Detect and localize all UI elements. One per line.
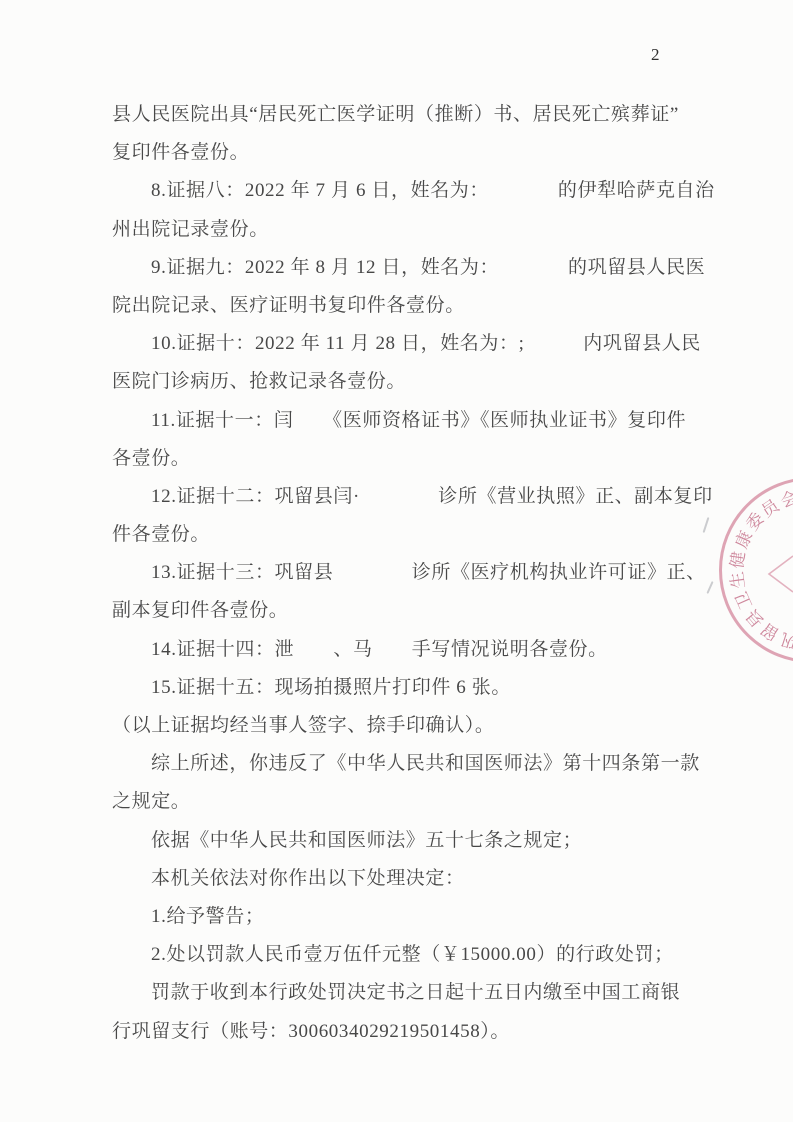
text-line: 11.证据十一：闫 《医师资格证书》《医师执业证书》复印件: [112, 402, 712, 440]
text-line: 依据《中华人民共和国医师法》五十七条之规定；: [112, 822, 712, 860]
text-line: 行巩留支行（账号：3006034029219501458）。: [112, 1013, 712, 1051]
text-line: 13.证据十三：巩留县 诊所《医疗机构执业许可证》正、: [112, 554, 712, 592]
text-line: 州出院记录壹份。: [112, 211, 712, 249]
text-line: （以上证据均经当事人签字、捺手印确认）。: [112, 707, 712, 745]
text-line: 15.证据十五：现场拍摄照片打印件 6 张。: [112, 669, 712, 707]
text-line: 之规定。: [112, 783, 712, 821]
seal-star-icon: [761, 551, 793, 595]
text-line: 本机关依法对你作出以下处理决定：: [112, 860, 712, 898]
document-text: 县人民医院出具“居民死亡医学证明（推断）书、居民死亡殡葬证”复印件各壹份。8.证…: [112, 96, 712, 1051]
seal-character: 生: [727, 569, 749, 591]
text-line: 2.处以罚款人民币壹万伍仟元整（￥15000.00）的行政处罚；: [112, 936, 712, 974]
text-line: 件各壹份。: [112, 516, 712, 554]
seal-character: 健: [727, 549, 749, 571]
text-line: 8.证据八：2022 年 7 月 6 日，姓名为： 的伊犁哈萨克自治: [112, 172, 712, 210]
page-number: 2: [651, 45, 660, 65]
text-line: 14.证据十四：泄 、马 手写情况说明各壹份。: [112, 631, 712, 669]
text-line: 10.证据十：2022 年 11 月 28 日，姓名为：; 内巩留县人民: [112, 325, 712, 363]
text-line: 复印件各壹份。: [112, 134, 712, 172]
text-line: 院出院记录、医疗证明书复印件各壹份。: [112, 287, 712, 325]
text-line: 副本复印件各壹份。: [112, 592, 712, 630]
text-line: 9.证据九：2022 年 8 月 12 日，姓名为： 的巩留县人民医: [112, 249, 712, 287]
text-line: 1.给予警告；: [112, 898, 712, 936]
text-line: 医院门诊病历、抢救记录各壹份。: [112, 363, 712, 401]
text-line: 综上所述，你违反了《中华人民共和国医师法》第十四条第一款: [112, 745, 712, 783]
text-line: 罚款于收到本行政处罚决定书之日起十五日内缴至中国工商银: [112, 974, 712, 1012]
document-page: 2 县人民医院出具“居民死亡医学证明（推断）书、居民死亡殡葬证”复印件各壹份。8…: [0, 0, 793, 1122]
text-line: 各壹份。: [112, 440, 712, 478]
text-line: 县人民医院出具“居民死亡医学证明（推断）书、居民死亡殡葬证”: [112, 96, 712, 134]
text-line: 12.证据十二：巩留县闫· 诊所《营业执照》正、副本复印: [112, 478, 712, 516]
